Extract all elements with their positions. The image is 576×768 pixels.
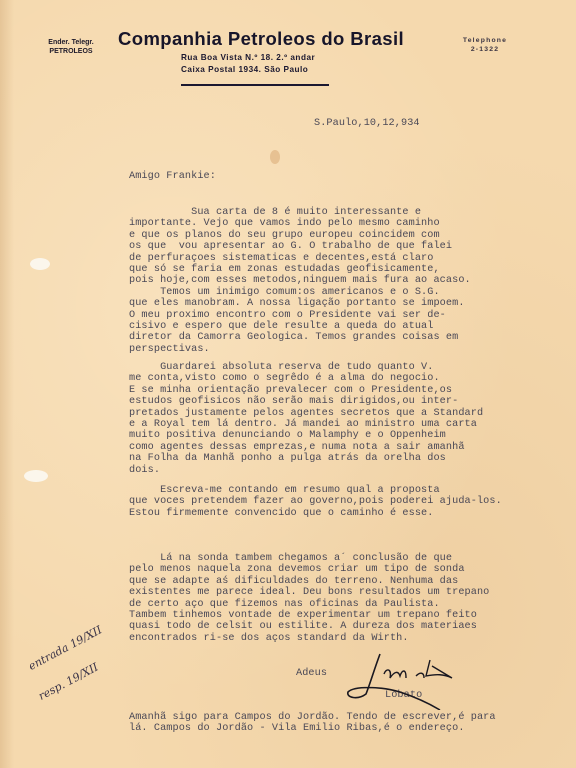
paragraph-3: Escreva-me contando em resumo qual a pro… [129,485,502,519]
postscript: Amanhã sigo para Campos do Jordão. Tendo… [129,712,496,735]
text-line: Guardarei absoluta reserva de tudo quant… [129,362,483,373]
annotation-resp: resp. 19/XII [36,660,101,700]
telephone-label: Telephone [450,36,520,45]
text-line: que voces pretendem fazer ao governo,poi… [129,496,502,507]
text-line: na Folha da Manhã ponho a pulga atrás da… [129,453,483,464]
paragraph-1: Sua carta de 8 é muito interessante eimp… [129,207,471,355]
paper-damage-spot [30,258,50,270]
text-line: Escreva-me contando em resumo qual a pro… [129,485,502,496]
text-line: que só se faria em zonas estudadas geofi… [129,264,471,275]
paper-stain [270,150,280,164]
telephone-block: Telephone 2-1322 [450,36,520,54]
text-line: me conta,visto como o segrêdo é a alma d… [129,373,483,384]
telegraph-label: Ender. Telegr. [35,38,107,47]
paper-damage-spot [24,470,48,482]
text-line: O meu proximo encontro com o Presidente … [129,310,471,321]
text-line: cisivo e espero que dele resulte a queda… [129,321,471,332]
text-line: que eles manobram. A nossa ligação porta… [129,298,471,309]
telegraph-value: PETROLEOS [35,47,107,56]
paper-edge-shadow [0,0,14,768]
text-line: encontrados ri-se dos aços standard da W… [129,633,489,644]
company-address: Rua Boa Vista N.º 18. 2.º andar Caixa Po… [181,52,327,76]
address-line-2: Caixa Postal 1934. São Paulo [181,64,327,76]
text-line: importante. Vejo que vamos indo pelo mes… [129,218,471,229]
closing: Adeus [296,668,327,679]
text-line: estudos geofisicos não serão mais dirigi… [129,396,483,407]
text-line: diretor da Camorra Geologica. Temos gran… [129,332,471,343]
text-line: Sua carta de 8 é muito interessante e [129,207,471,218]
text-line: como agentes dessas emprezas,e numa nota… [129,442,483,453]
paragraph-2: Guardarei absoluta reserva de tudo quant… [129,362,483,476]
text-line: pois hoje,com esses metodos,ninguem mais… [129,275,471,286]
text-line: lá. Campos do Jordão - Vila Emilio Ribas… [129,723,496,734]
text-line: os que vou apresentar ao G. O trabalho d… [129,241,471,252]
text-line: de certo aço que fizemos nas oficinas da… [129,599,489,610]
text-line: existentes me parece ideal. Deu bons res… [129,587,489,598]
salutation: Amigo Frankie: [129,171,216,182]
text-line: Temos um inimigo comum:os americanos e o… [129,287,471,298]
handwritten-signature [340,650,480,710]
telephone-number: 2-1322 [450,45,520,54]
text-line: Estou firmemente convencido que o caminh… [129,508,502,519]
text-line: E se minha orientação prevalecer com o P… [129,385,483,396]
text-line: Lá na sonda tambem chegamos a´ conclusão… [129,553,489,564]
paragraph-4: Lá na sonda tambem chegamos a´ conclusão… [129,553,489,644]
text-line: Amanhã sigo para Campos do Jordão. Tendo… [129,712,496,723]
address-line-1: Rua Boa Vista N.º 18. 2.º andar [181,52,327,64]
text-line: e a Royal tem lá dentro. Já mandei ao mi… [129,419,483,430]
text-line: perspectivas. [129,344,471,355]
telegraph-address: Ender. Telegr. PETROLEOS [35,38,107,56]
text-line: dois. [129,465,483,476]
text-line: pelo menos naquela zona devemos criar um… [129,564,489,575]
text-line: e que os planos do seu grupo europeu coi… [129,230,471,241]
text-line: muito positiva denunciando o Malamphy e … [129,430,483,441]
company-name: Companhia Petroleos do Brasil [118,28,404,50]
text-line: quasi todo de celsit ou estilite. A dure… [129,621,489,632]
letterhead-rule [181,84,329,86]
text-line: Tambem tinhemos vontade de experimentar … [129,610,489,621]
handwritten-annotation: entrada 19/XII resp. 19/XII [22,600,122,700]
text-line: pretados justamente pelos agentes secret… [129,408,483,419]
letter-date: S.Paulo,10,12,934 [314,118,420,129]
text-line: que se adapte aś dificuldades do terreno… [129,576,489,587]
text-line: de perfuraçoes sistematicas e decentes,e… [129,253,471,264]
